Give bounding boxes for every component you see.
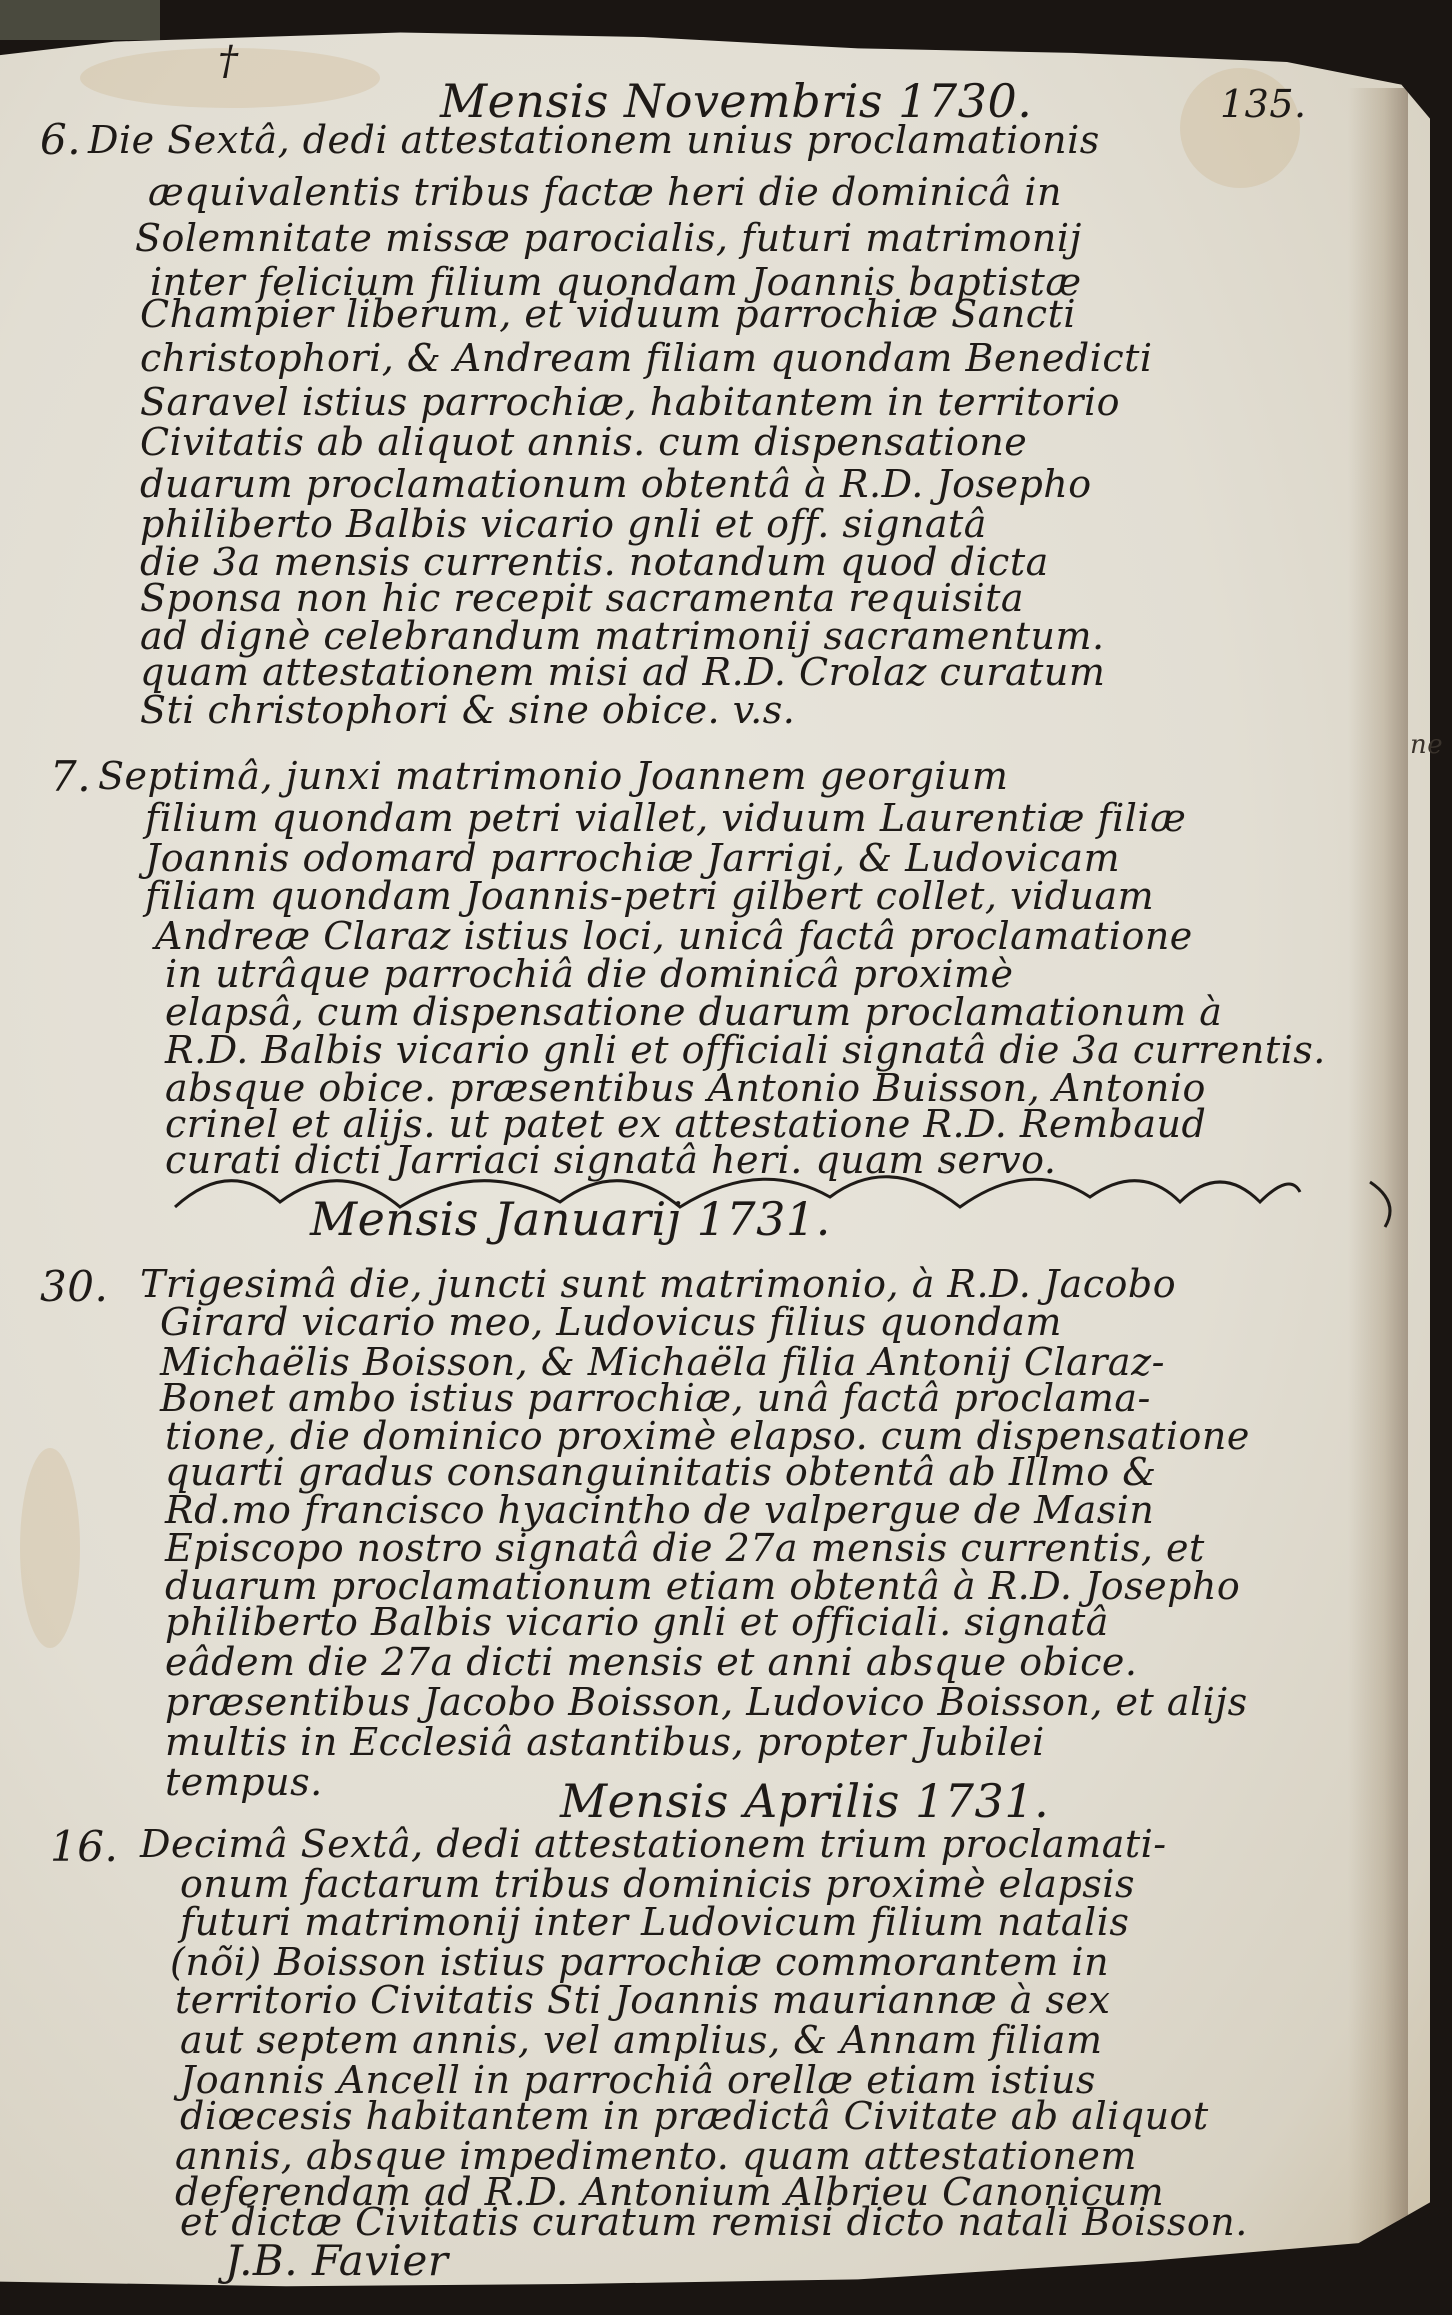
entry-line: Decimâ Sextâ, dedi attestationem trium p… <box>140 1822 1167 1866</box>
entry-day: 6. <box>40 115 81 164</box>
cross-mark: † <box>218 38 239 84</box>
entry-line: Septimâ, junxi matrimonio Joannem georgi… <box>98 754 1008 798</box>
entry-line: Sti christophori & sine obice. v.s. <box>140 688 795 732</box>
entry-line: eâdem die 27a dicti mensis et anni absqu… <box>165 1640 1137 1684</box>
section-heading-april-1731: Mensis Aprilis 1731. <box>560 1774 1049 1828</box>
entry-line: christophori, & Andream filiam quondam B… <box>140 336 1153 380</box>
entry-line: tempus. <box>165 1760 323 1804</box>
stain <box>20 1448 80 1648</box>
margin-fragment: ne <box>1410 730 1443 760</box>
entry-line: Champier liberum, et viduum parrochiæ Sa… <box>140 292 1076 336</box>
entry-line: multis in Ecclesiâ astantibus, propter J… <box>165 1720 1045 1764</box>
page-number: 135. <box>1220 82 1307 126</box>
background-book-edge <box>0 0 160 40</box>
entry-line: Saravel istius parrochiæ, habitantem in … <box>140 380 1120 424</box>
entry-line: æquivalentis tribus factæ heri die domin… <box>148 170 1062 214</box>
entry-line: præsentibus Jacobo Boisson, Ludovico Boi… <box>165 1680 1248 1724</box>
entry-line: Civitatis ab aliquot annis. cum dispensa… <box>140 420 1027 464</box>
entry-line: Die Sextâ, dedi attestationem unius proc… <box>88 118 1100 162</box>
section-heading-january-1731: Mensis Januarij 1731. <box>310 1192 831 1246</box>
entry-line: diœcesis habitantem in prædictâ Civitate… <box>180 2094 1209 2138</box>
entry-line: philiberto Balbis vicario gnli et offici… <box>165 1600 1109 1644</box>
entry-line: territorio Civitatis Sti Joannis maurian… <box>175 1978 1110 2022</box>
entry-line: filium quondam petri viallet, viduum Lau… <box>145 796 1186 840</box>
entry-line: filiam quondam Joannis-petri gilbert col… <box>145 874 1154 918</box>
entry-line: aut septem annis, vel amplius, & Annam f… <box>180 2018 1103 2062</box>
entry-line: Solemnitate missæ parocialis, futuri mat… <box>135 216 1082 260</box>
entry-line: duarum proclamationum obtentâ à R.D. Jos… <box>140 462 1092 506</box>
entry-day: 30. <box>40 1262 108 1311</box>
entry-day: 16. <box>50 1822 118 1871</box>
entry-day: 7. <box>50 752 91 801</box>
signature: J.B. Favier <box>225 2236 448 2285</box>
entry-line: Girard vicario meo, Ludovicus filius quo… <box>160 1300 1062 1344</box>
entry-line: futuri matrimonij inter Ludovicum filium… <box>180 1900 1129 1944</box>
